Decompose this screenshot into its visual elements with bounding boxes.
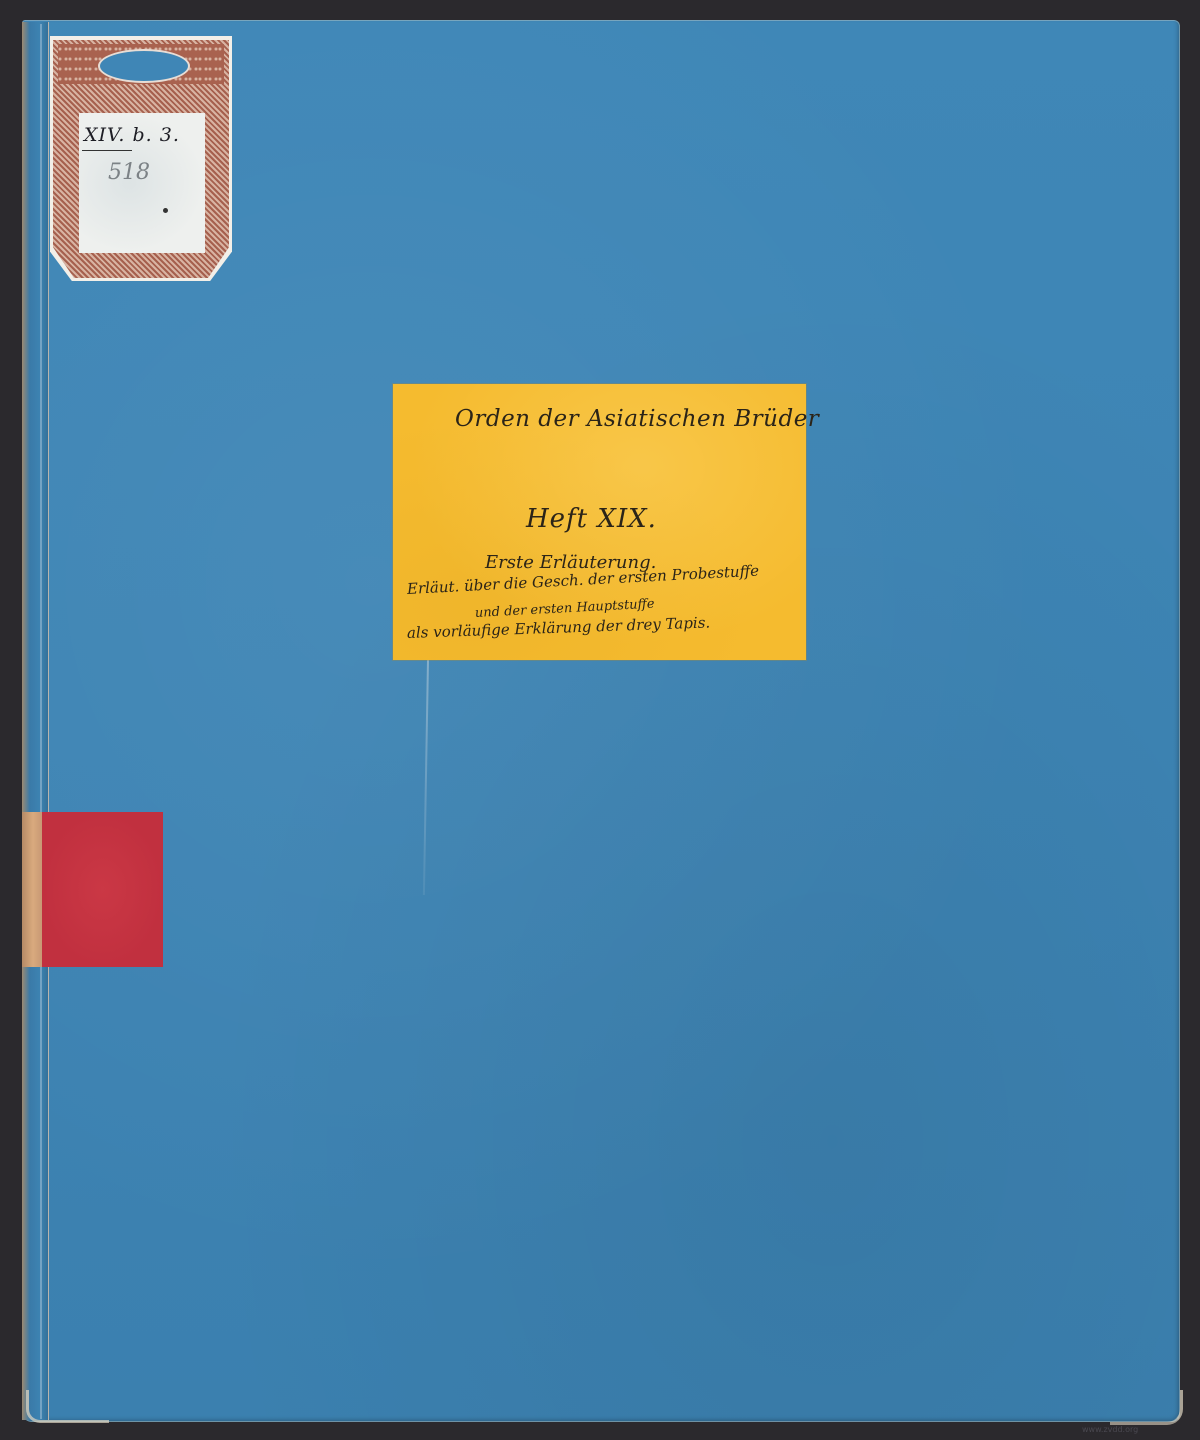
description-line-3: als vorläufige Erklärung der drey Tapis.	[407, 613, 711, 642]
spine-hinge-line	[40, 24, 42, 1419]
red-tag	[42, 812, 163, 967]
ink-dot	[163, 208, 168, 213]
book-spine	[22, 22, 49, 1420]
library-label-oval-icon	[98, 49, 190, 83]
shelfmark: XIV. b. 3.	[84, 124, 204, 146]
inventory-number: 518	[108, 160, 150, 185]
shelfmark-underline	[82, 150, 132, 151]
watermark: www.zvdd.org	[1082, 1425, 1138, 1434]
corner-wear-bottom-left	[26, 1390, 109, 1423]
title-label: Orden der Asiatischen Brüder Heft XIX. E…	[393, 384, 806, 660]
corner-wear-bottom-right	[1110, 1390, 1183, 1425]
photo-frame: XIV. b. 3. 518 Orden der Asiatischen Brü…	[0, 0, 1200, 1440]
order-name: Orden der Asiatischen Brüder	[455, 406, 819, 432]
issue-number: Heft XIX.	[526, 504, 657, 534]
